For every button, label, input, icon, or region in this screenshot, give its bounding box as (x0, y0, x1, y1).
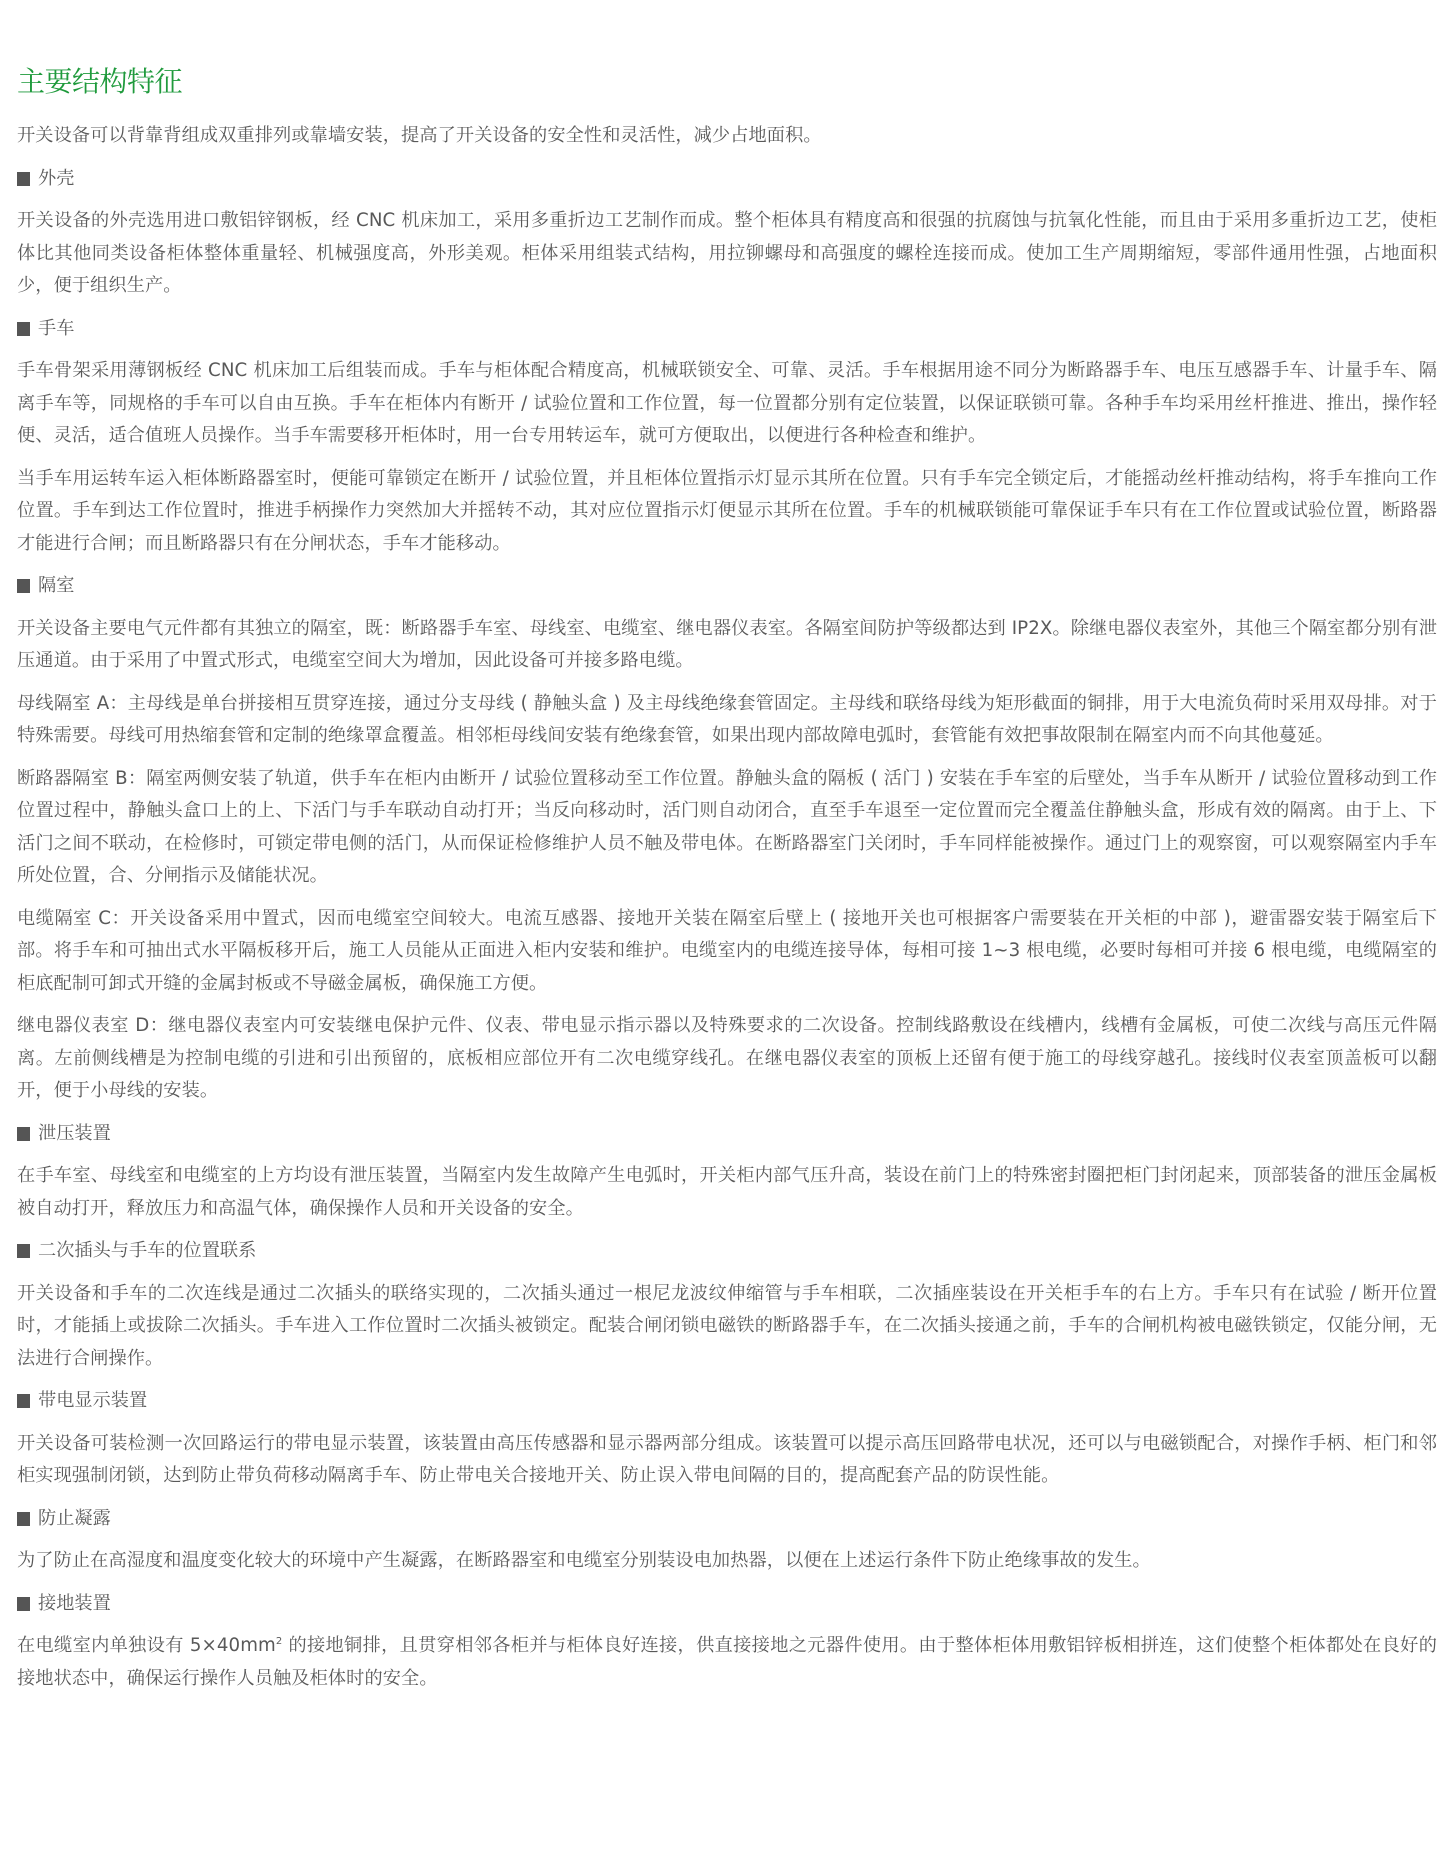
text-run: 在电缆室内单独设有 5×40mm (17, 1635, 276, 1656)
paragraph: 开关设备的外壳选用进口敷铝锌钢板，经 CNC 机床加工，采用多重折边工艺制作而成… (17, 205, 1437, 303)
section-heading-live-display: 带电显示装置 (17, 1385, 1437, 1418)
section-heading-label: 外壳 (38, 163, 74, 196)
square-bullet-icon (17, 1597, 30, 1611)
section-heading-grounding: 接地装置 (17, 1588, 1437, 1621)
paragraph: 在手车室、母线室和电缆室的上方均设有泄压装置，当隔室内发生故障产生电弧时，开关柜… (17, 1160, 1437, 1225)
section-heading-truck: 手车 (17, 313, 1437, 346)
paragraph-relay-compartment: 继电器仪表室 D：继电器仪表室内可安装继电保护元件、仪表、带电显示指示器以及特殊… (17, 1010, 1437, 1108)
section-heading-secondary-plug: 二次插头与手车的位置联系 (17, 1235, 1437, 1268)
square-bullet-icon (17, 1512, 30, 1526)
square-bullet-icon (17, 322, 30, 336)
section-heading-label: 二次插头与手车的位置联系 (38, 1235, 256, 1268)
paragraph: 开关设备主要电气元件都有其独立的隔室，既：断路器手车室、母线室、电缆室、继电器仪… (17, 613, 1437, 678)
paragraph-busbar-compartment: 母线隔室 A：主母线是单台拼接相互贯穿连接，通过分支母线 ( 静触头盒 ) 及主… (17, 688, 1437, 753)
section-heading-pressure-relief: 泄压装置 (17, 1118, 1437, 1151)
paragraph: 手车骨架采用薄钢板经 CNC 机床加工后组装而成。手车与柜体配合精度高，机械联锁… (17, 355, 1437, 453)
paragraph: 开关设备和手车的二次连线是通过二次插头的联络实现的，二次插头通过一根尼龙波纹伸缩… (17, 1278, 1437, 1376)
paragraph-breaker-compartment: 断路器隔室 B：隔室两侧安装了轨道，供手车在柜内由断开 / 试验位置移动至工作位… (17, 763, 1437, 893)
section-heading-compartments: 隔室 (17, 570, 1437, 603)
intro-paragraph: 开关设备可以背靠背组成双重排列或靠墙安装，提高了开关设备的安全性和灵活性，减少占… (17, 120, 1437, 153)
paragraph: 为了防止在高湿度和温度变化较大的环境中产生凝露，在断路器室和电缆室分别装设电加热… (17, 1545, 1437, 1578)
section-heading-label: 隔室 (38, 570, 74, 603)
paragraph-cable-compartment: 电缆隔室 C：开关设备采用中置式，因而电缆室空间较大。电流互感器、接地开关装在隔… (17, 903, 1437, 1001)
square-bullet-icon (17, 1244, 30, 1258)
section-heading-label: 带电显示装置 (38, 1385, 147, 1418)
section-heading-label: 手车 (38, 313, 74, 346)
paragraph: 当手车用运转车运入柜体断路器室时，便能可靠锁定在断开 / 试验位置，并且柜体位置… (17, 463, 1437, 561)
square-bullet-icon (17, 579, 30, 593)
section-heading-label: 泄压装置 (38, 1118, 111, 1151)
section-heading-anti-condensation: 防止凝露 (17, 1503, 1437, 1536)
paragraph: 开关设备可装检测一次回路运行的带电显示装置，该装置由高压传感器和显示器两部分组成… (17, 1428, 1437, 1493)
section-heading-label: 接地装置 (38, 1588, 111, 1621)
square-bullet-icon (17, 1127, 30, 1141)
page-title: 主要结构特征 (17, 62, 1437, 102)
section-heading-enclosure: 外壳 (17, 163, 1437, 196)
paragraph-grounding: 在电缆室内单独设有 5×40mm2 的接地铜排，且贯穿相邻各柜并与柜体良好连接，… (17, 1630, 1437, 1695)
section-heading-label: 防止凝露 (38, 1503, 111, 1536)
square-bullet-icon (17, 1394, 30, 1408)
square-bullet-icon (17, 172, 30, 186)
document-page: 主要结构特征 开关设备可以背靠背组成双重排列或靠墙安装，提高了开关设备的安全性和… (17, 62, 1437, 1705)
